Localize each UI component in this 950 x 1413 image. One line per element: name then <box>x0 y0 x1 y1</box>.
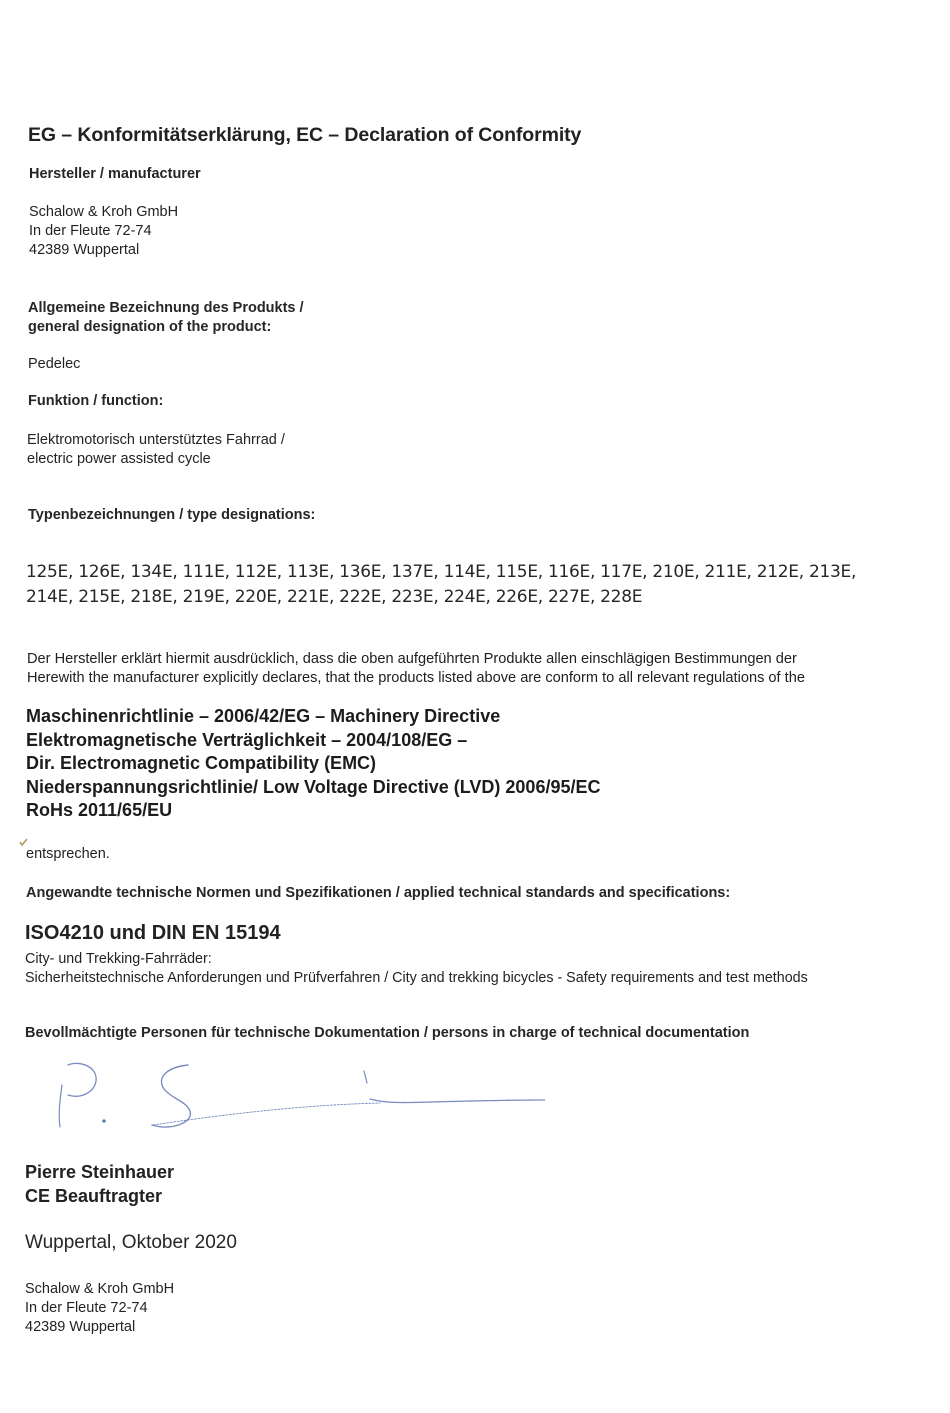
signer-role: CE Beauftragter <box>25 1184 174 1208</box>
declaration-text: Der Hersteller erklärt hiermit ausdrückl… <box>27 650 805 688</box>
product-value: Pedelec <box>28 355 80 374</box>
address-line: 42389 Wuppertal <box>29 241 178 260</box>
directive-item: Maschinenrichtlinie – 2006/42/EG – Machi… <box>26 705 600 729</box>
directives-list: Maschinenrichtlinie – 2006/42/EG – Machi… <box>26 705 600 823</box>
signature-icon <box>40 1055 560 1135</box>
directive-item: Niederspannungsrichtlinie/ Low Voltage D… <box>26 776 600 800</box>
footer-address: Schalow & Kroh GmbH In der Fleute 72-74 … <box>25 1280 174 1337</box>
conform-text: entsprechen. <box>26 845 110 864</box>
product-label: Allgemeine Bezeichnung des Produkts / ge… <box>28 299 304 337</box>
signer-name: Pierre Steinhauer <box>25 1160 174 1184</box>
address-line: Schalow & Kroh GmbH <box>29 203 178 222</box>
function-label: Funktion / function: <box>28 393 163 409</box>
directive-item: Elektromagnetische Verträglichkeit – 200… <box>26 729 600 753</box>
place-date: Wuppertal, Oktober 2020 <box>25 1232 237 1254</box>
address-line: Schalow & Kroh GmbH <box>25 1280 174 1299</box>
type-designations: 125E, 126E, 134E, 111E, 112E, 113E, 136E… <box>26 560 856 610</box>
standards-description: City- und Trekking-Fahrräder: Sicherheit… <box>25 950 808 988</box>
manufacturer-label: Hersteller / manufacturer <box>29 166 201 182</box>
manufacturer-address: Schalow & Kroh GmbH In der Fleute 72-74 … <box>29 203 178 260</box>
function-value: Elektromotorisch unterstütztes Fahrrad /… <box>27 431 285 469</box>
address-line: 42389 Wuppertal <box>25 1318 174 1337</box>
signer-block: Pierre Steinhauer CE Beauftragter <box>25 1160 174 1208</box>
document-title: EG – Konformitätserklärung, EC – Declara… <box>28 124 581 147</box>
directive-item: RoHs 2011/65/EU <box>26 799 600 823</box>
standards-title: ISO4210 und DIN EN 15194 <box>25 922 281 945</box>
directive-item: Dir. Electromagnetic Compatibility (EMC) <box>26 752 600 776</box>
address-line: In der Fleute 72-74 <box>29 222 178 241</box>
address-line: In der Fleute 72-74 <box>25 1299 174 1318</box>
responsible-label: Bevollmächtigte Personen für technische … <box>25 1025 749 1041</box>
standards-label: Angewandte technische Normen und Spezifi… <box>26 885 730 901</box>
types-label: Typenbezeichnungen / type designations: <box>28 507 315 523</box>
